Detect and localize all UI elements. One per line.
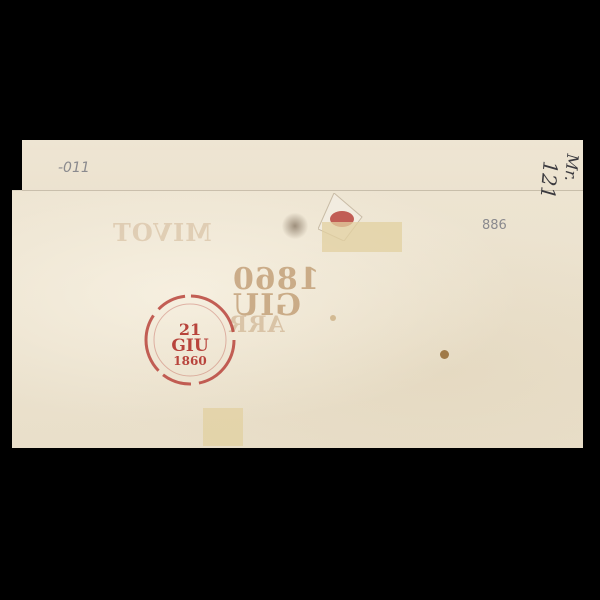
red-datestamp: 21 GIU 1860 — [140, 290, 240, 390]
datestamp-year: 1860 — [140, 354, 240, 368]
datestamp-month: GIU — [140, 336, 240, 356]
foxing-spot — [440, 350, 449, 359]
offset-postmark-ring: MIVOT — [112, 218, 212, 247]
fold-line — [22, 190, 583, 191]
hinge-tape-bottom — [203, 408, 243, 446]
seal-tear-stain — [282, 212, 308, 240]
pencil-number: 886 — [482, 218, 507, 233]
foxing-spot — [330, 315, 336, 321]
ink-note-word: Mr. — [561, 153, 582, 182]
ink-note-number: 121 — [535, 160, 562, 200]
pencil-note: -011 — [58, 160, 90, 176]
hinge-tape-top — [322, 222, 402, 252]
